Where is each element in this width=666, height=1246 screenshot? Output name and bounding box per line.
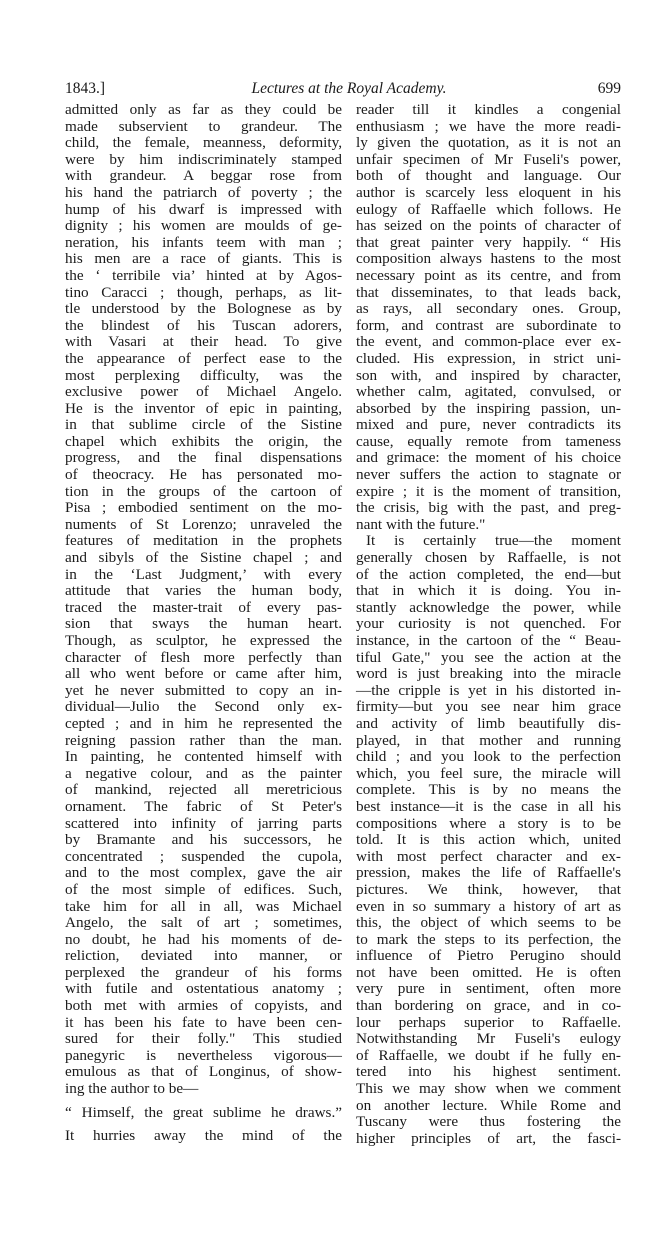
text-line: necessary point as its centre, and from — [356, 268, 621, 285]
text-line: composition always hastens to the most — [356, 251, 621, 268]
text-line: his hand the patriarch of poverty ; the — [65, 185, 342, 202]
text-line: reliction, deviated into manner, or — [65, 948, 342, 965]
text-line: very pure in sentiment, often more — [356, 981, 621, 998]
text-line: tino Caracci ; though, perhaps, as lit- — [65, 285, 342, 302]
text-line: word is just breaking into the miracle — [356, 666, 621, 683]
text-line: cause, equally remote from tameness — [356, 434, 621, 451]
text-line: reader till it kindles a congenial — [356, 102, 621, 119]
text-line: played, in that mother and running — [356, 733, 621, 750]
text-line: the event, and common-place ever ex- — [356, 334, 621, 351]
text-line: Angelo, the salt of art ; sometimes, — [65, 915, 342, 932]
text-line: even in so summary a history of art as — [356, 899, 621, 916]
text-line: no doubt, he had his moments of de- — [65, 932, 342, 949]
text-line: cluded. His expression, in strict uni- — [356, 351, 621, 368]
text-line: this, the object of which seems to be — [356, 915, 621, 932]
text-line: absorbed by the inspiring passion, un- — [356, 401, 621, 418]
running-head-title: Lectures at the Royal Academy. — [65, 78, 621, 100]
text-line: and sibyls of the Sistine chapel ; and — [65, 550, 342, 567]
text-line: tiful Gate," you see the action at the — [356, 650, 621, 667]
text-line: chapel which exhibits the origin, the — [65, 434, 342, 451]
text-line: of Raffaelle, we doubt if he fully en- — [356, 1048, 621, 1065]
text-line: Pisa ; embodied sentiment on the mo- — [65, 500, 342, 517]
text-line: It is certainly true—the moment — [356, 533, 621, 550]
text-line: This we may show when we comment — [356, 1081, 621, 1098]
text-line: told. It is this action which, united — [356, 832, 621, 849]
text-line: all who went before or came after him, — [65, 666, 342, 683]
text-line: attitude that varies the human body, — [65, 583, 342, 600]
text-line: his men are a race of giants. This is — [65, 251, 342, 268]
text-line: that in which it is doing. You in- — [356, 583, 621, 600]
text-line: enthusiasm ; we have the more readi- — [356, 119, 621, 136]
text-line: generally chosen by Raffaelle, is not — [356, 550, 621, 567]
text-line: Notwithstanding Mr Fuseli's eulogy — [356, 1031, 621, 1048]
text-line: take him for all in all, was Michael — [65, 899, 342, 916]
text-line: In painting, he contented himself with — [65, 749, 342, 766]
text-line: perplexed the grandeur of his forms — [65, 965, 342, 982]
text-line: scattered into infinity of jarring parts — [65, 816, 342, 833]
text-line: has seized on the points of character of — [356, 218, 621, 235]
text-line: pression, makes the life of Raffaelle's — [356, 865, 621, 882]
text-line: that disseminates, to that leads back, — [356, 285, 621, 302]
text-line: son with, and inspired by character, — [356, 368, 621, 385]
text-line: both of thought and language. Our — [356, 168, 621, 185]
text-line: and activity of limb beautifully dis- — [356, 716, 621, 733]
text-line: your curiosity is not quenched. For — [356, 616, 621, 633]
text-line: the appearance of perfect ease to the — [65, 351, 342, 368]
text-line: panegyric is nevertheless vigorous— — [65, 1048, 342, 1065]
text-line: a negative colour, and as the painter — [65, 766, 342, 783]
text-line: It hurries away the mind of the — [65, 1128, 342, 1145]
text-line: tle understood by the Bolognese as by — [65, 301, 342, 318]
text-line: cepted ; and in him he represented the — [65, 716, 342, 733]
text-line: on another lecture. While Rome and — [356, 1098, 621, 1115]
text-line: tered into his highest sentiment. — [356, 1064, 621, 1081]
text-line: neration, his infants teem with man ; — [65, 235, 342, 252]
text-line: character of flesh more perfectly than — [65, 650, 342, 667]
text-line: with most perfect character and ex- — [356, 849, 621, 866]
text-line: pictures. We think, however, that — [356, 882, 621, 899]
text-line: in the ‘Last Judgment,’ with every — [65, 567, 342, 584]
text-line: compositions where a story is to be — [356, 816, 621, 833]
text-line: never suffers the action to stagnate or — [356, 467, 621, 484]
text-line: instance, in the cartoon of the “ Beau- — [356, 633, 621, 650]
text-line: ornament. The fabric of St Peter's — [65, 799, 342, 816]
text-line: with Vasari at their head. To give — [65, 334, 342, 351]
text-line: Tuscany were thus fostering the — [356, 1114, 621, 1131]
text-line: hump of his dwarf is impressed with — [65, 202, 342, 219]
text-line: firmity—but you see near him grace — [356, 699, 621, 716]
text-line: admitted only as far as they could be — [65, 102, 342, 119]
text-line: which, you feel sure, the miracle will — [356, 766, 621, 783]
text-line: to mark the steps to its perfection, the — [356, 932, 621, 949]
text-line: emulous as that of Longinus, of show- — [65, 1064, 342, 1081]
running-head: 1843.] Lectures at the Royal Academy. 69… — [65, 78, 621, 100]
text-line: stantly acknowledge the power, while — [356, 600, 621, 617]
text-line: features of meditation in the prophets — [65, 533, 342, 550]
text-line: numents of St Lorenzo; unraveled the — [65, 517, 342, 534]
text-line: yet he never submitted to copy an in- — [65, 683, 342, 700]
text-line: higher principles of art, the fasci- — [356, 1131, 621, 1148]
text-line: of the action completed, the end—but — [356, 567, 621, 584]
text-line: of mankind, rejected all meretricious — [65, 782, 342, 799]
text-line: lour perhaps superior to Raffaelle. — [356, 1015, 621, 1032]
text-line: exclusive power of Michael Angelo. — [65, 384, 342, 401]
text-line: and to the most complex, gave the air — [65, 865, 342, 882]
block-quote: “ Himself, the great sublime he draws.” — [65, 1105, 342, 1122]
left-column: admitted only as far as they could bemad… — [65, 102, 342, 1145]
text-line: sured for their folly." This studied — [65, 1031, 342, 1048]
text-line: than bordering on grace, and in co- — [356, 998, 621, 1015]
text-line: child ; and you look to the perfection — [356, 749, 621, 766]
text-line: nant with the future." — [356, 517, 621, 534]
text-line: traced the master-trait of every pas- — [65, 600, 342, 617]
text-line: Though, as sculptor, he expressed the — [65, 633, 342, 650]
text-line: complete. This is by no means the — [356, 782, 621, 799]
text-line: expire ; it is the moment of transition, — [356, 484, 621, 501]
text-line: eulogy of Raffaelle which follows. He — [356, 202, 621, 219]
text-line: with grandeur. A beggar rose from — [65, 168, 342, 185]
text-line: of the most simple of edifices. Such, — [65, 882, 342, 899]
text-line: the crisis, big with the past, and preg- — [356, 500, 621, 517]
text-line: most perplexing difficulty, was the — [65, 368, 342, 385]
text-line: progress, and the final dispensations — [65, 450, 342, 467]
text-line: and grimace: the moment of his choice — [356, 450, 621, 467]
text-line: dignity ; his women are moulds of ge- — [65, 218, 342, 235]
text-line: whether calm, agitated, convulsed, or — [356, 384, 621, 401]
text-line: it has been his fate to have been cen- — [65, 1015, 342, 1032]
text-line: dividual—Julio the Second only ex- — [65, 699, 342, 716]
text-line: in that sublime circle of the Sistine — [65, 417, 342, 434]
text-line: best instance—it is the case in all his — [356, 799, 621, 816]
text-line: both met with armies of copyists, and — [65, 998, 342, 1015]
text-line: not have been omitted. He is often — [356, 965, 621, 982]
text-line: form, and contrast are subordinate to — [356, 318, 621, 335]
text-line: ing the author to be— — [65, 1081, 342, 1098]
text-line: mixed and pure, never contradicts its — [356, 417, 621, 434]
text-line: influence of Pietro Perugino should — [356, 948, 621, 965]
book-page: 1843.] Lectures at the Royal Academy. 69… — [65, 78, 621, 100]
text-line: by Bramante and his successors, he — [65, 832, 342, 849]
right-column: reader till it kindles a congenialenthus… — [356, 102, 621, 1147]
text-line: of theocracy. He has personated mo- — [65, 467, 342, 484]
text-line: tion in the groups of the cartoon of — [65, 484, 342, 501]
text-line: sion that sways the human heart. — [65, 616, 342, 633]
text-line: author is scarcely less eloquent in his — [356, 185, 621, 202]
text-line: child, the female, meanness, deformity, — [65, 135, 342, 152]
text-line: were by him indiscriminately stamped — [65, 152, 342, 169]
text-line: He is the inventor of epic in painting, — [65, 401, 342, 418]
text-line: that great painter very happily. “ His — [356, 235, 621, 252]
text-line: made subservient to grandeur. The — [65, 119, 342, 136]
text-line: reigning passion rather than the man. — [65, 733, 342, 750]
page-number: 699 — [598, 78, 621, 100]
text-line: with futile and ostentatious anatomy ; — [65, 981, 342, 998]
text-line: the blindest of his Tuscan adorers, — [65, 318, 342, 335]
text-line: ly given the quotation, as it is not an — [356, 135, 621, 152]
text-line: —the cripple is yet in his distorted in- — [356, 683, 621, 700]
text-line: unfair specimen of Mr Fuseli's power, — [356, 152, 621, 169]
text-line: concentrated ; suspended the cupola, — [65, 849, 342, 866]
text-line: as rays, all secondary ones. Group, — [356, 301, 621, 318]
text-line: the ‘ terribile via’ hinted at by Agos- — [65, 268, 342, 285]
